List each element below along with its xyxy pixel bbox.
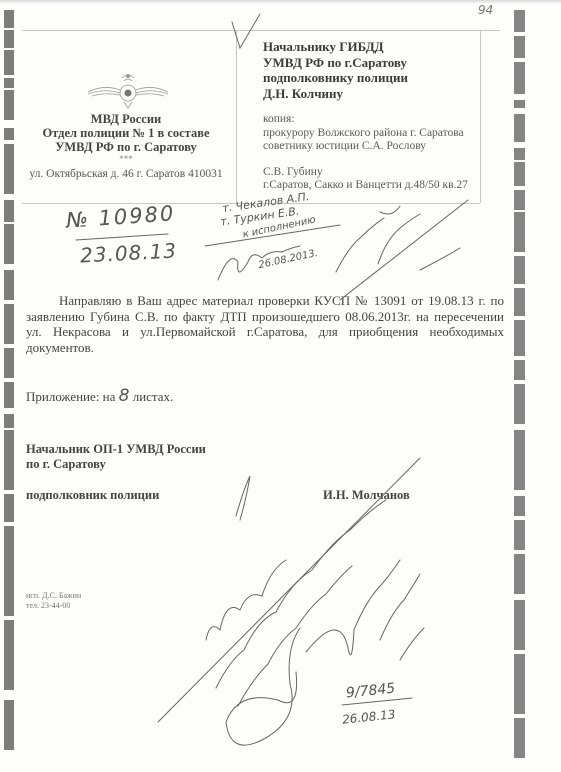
appendix-prefix: Приложение: на xyxy=(26,389,115,404)
executor-info: исп. Д.С. Бажин тел. 23-44-00 xyxy=(26,591,81,611)
incoming-number: 9/7845 xyxy=(345,680,396,701)
addressee-line: Д.Н. Колчину xyxy=(263,86,408,102)
registration-date: 23.08.13 xyxy=(79,238,177,267)
copy-prosecutor-rank: советнику юстиции С.А. Рослову xyxy=(263,140,468,154)
header-right-border xyxy=(480,30,481,203)
body-paragraph: Направляю в Ваш адрес материал проверки … xyxy=(26,293,504,355)
directorate-name: УМВД РФ по г. Саратову xyxy=(20,140,232,154)
header-divider xyxy=(236,30,237,203)
addressee-line: подполковнику полиции xyxy=(263,70,408,86)
signatory-title-line: Начальник ОП-1 УМВД России xyxy=(26,442,206,457)
bottom-resolution-text xyxy=(206,560,286,640)
copy-prosecutor: прокурору Волжского района г. Саратова xyxy=(263,127,468,141)
copy-recipient-address: г.Саратов, Сакко и Ванцетти д.48/50 кв.2… xyxy=(263,179,468,193)
addressee-line: УМВД РФ по г.Саратову xyxy=(263,55,408,71)
page-number: 94 xyxy=(478,3,493,17)
signatory-signature xyxy=(236,476,250,520)
addressee-block: Начальнику ГИБДД УМВД РФ по г.Саратову п… xyxy=(263,39,408,101)
appendix-count: 8 xyxy=(119,386,130,406)
copy-recipients: копия: прокурору Волжского района г. Сар… xyxy=(263,113,468,193)
department-name: Отдел полиции № 1 в составе xyxy=(20,126,232,140)
executor-phone: тел. 23-44-00 xyxy=(26,601,81,611)
signatory-rank: подполковник полиции xyxy=(26,488,159,503)
letterhead-address: ул. Октябрьская д. 46 г. Саратов 410031 xyxy=(20,167,232,181)
top-right-resolution-diagonal xyxy=(340,200,468,300)
addressee-line: Начальнику ГИБДД xyxy=(263,39,408,55)
mvd-eagle-emblem-icon xyxy=(84,68,172,112)
letterhead-stars: *** xyxy=(20,154,232,165)
appendix-suffix: листах. xyxy=(133,389,174,404)
scan-top-shadow xyxy=(0,0,561,4)
incoming-date: 26.08.13 xyxy=(341,707,396,727)
letter-body: Направляю в Ваш адрес материал проверки … xyxy=(26,293,504,355)
ministry-name: МВД России xyxy=(20,112,232,126)
letterhead: МВД России Отдел полиции № 1 в составе У… xyxy=(20,112,232,181)
copy-label: копия: xyxy=(263,113,468,127)
copy-recipient-name: С.В. Губину xyxy=(263,166,468,180)
executor-name: исп. Д.С. Бажин xyxy=(26,591,81,601)
registration-number: № 10980 xyxy=(65,201,176,233)
appendix-line: Приложение: на 8 листах. xyxy=(26,386,173,406)
signatory-title: Начальник ОП-1 УМВД России по г. Саратов… xyxy=(26,442,206,472)
signatory-title-line: по г. Саратову xyxy=(26,457,206,472)
header-top-rule xyxy=(22,30,500,31)
resolution-date: 26.08.2013. xyxy=(258,248,319,271)
signatory-name: И.Н. Молчанов xyxy=(323,488,410,503)
